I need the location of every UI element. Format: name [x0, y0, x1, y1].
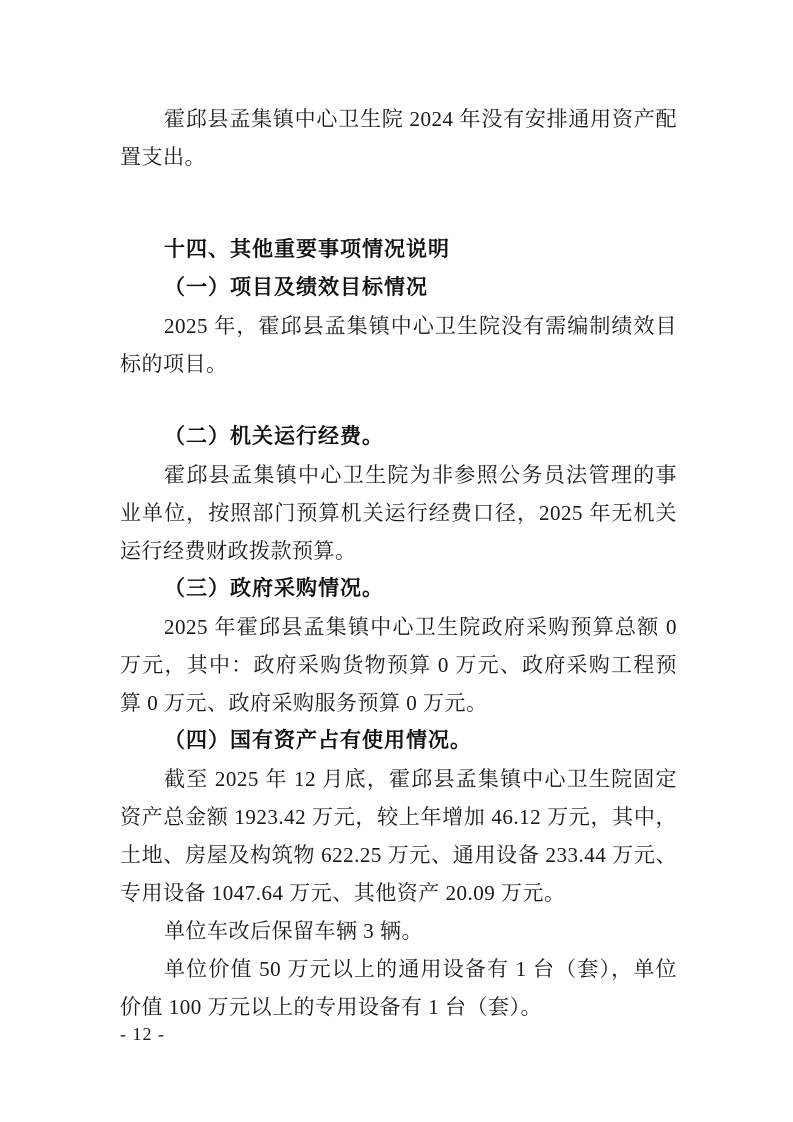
subsection-2-heading: （二）机关运行经费。: [120, 418, 677, 456]
document-body: 霍邱县孟集镇中心卫生院 2024 年没有安排通用资产配置支出。 十四、其他重要事…: [120, 100, 677, 1026]
page-footer: - 12 -: [120, 1022, 165, 1046]
paragraph-high-value-equipment: 单位价值 50 万元以上的通用设备有 1 台（套），单位价值 100 万元以上的…: [120, 950, 677, 1026]
subsection-1-heading: （一）项目及绩效目标情况: [120, 269, 677, 307]
paragraph-performance-targets: 2025 年，霍邱县孟集镇中心卫生院没有需编制绩效目标的项目。: [120, 307, 677, 383]
paragraph-retained-vehicles: 单位车改后保留车辆 3 辆。: [120, 912, 677, 950]
subsection-3-heading: （三）政府采购情况。: [120, 570, 677, 608]
subsection-4-heading: （四）国有资产占有使用情况。: [120, 722, 677, 760]
paragraph-general-asset-expenditure: 霍邱县孟集镇中心卫生院 2024 年没有安排通用资产配置支出。: [120, 100, 677, 176]
section-14-heading: 十四、其他重要事项情况说明: [120, 231, 677, 269]
paragraph-operating-expenses: 霍邱县孟集镇中心卫生院为非参照公务员法管理的事业单位，按照部门预算机关运行经费口…: [120, 456, 677, 570]
page-number: - 12 -: [120, 1024, 165, 1044]
document-page: 霍邱县孟集镇中心卫生院 2024 年没有安排通用资产配置支出。 十四、其他重要事…: [0, 0, 793, 1122]
paragraph-state-owned-assets: 截至 2025 年 12 月底，霍邱县孟集镇中心卫生院固定资产总金额 1923.…: [120, 760, 677, 912]
paragraph-government-procurement: 2025 年霍邱县孟集镇中心卫生院政府采购预算总额 0 万元，其中：政府采购货物…: [120, 608, 677, 722]
